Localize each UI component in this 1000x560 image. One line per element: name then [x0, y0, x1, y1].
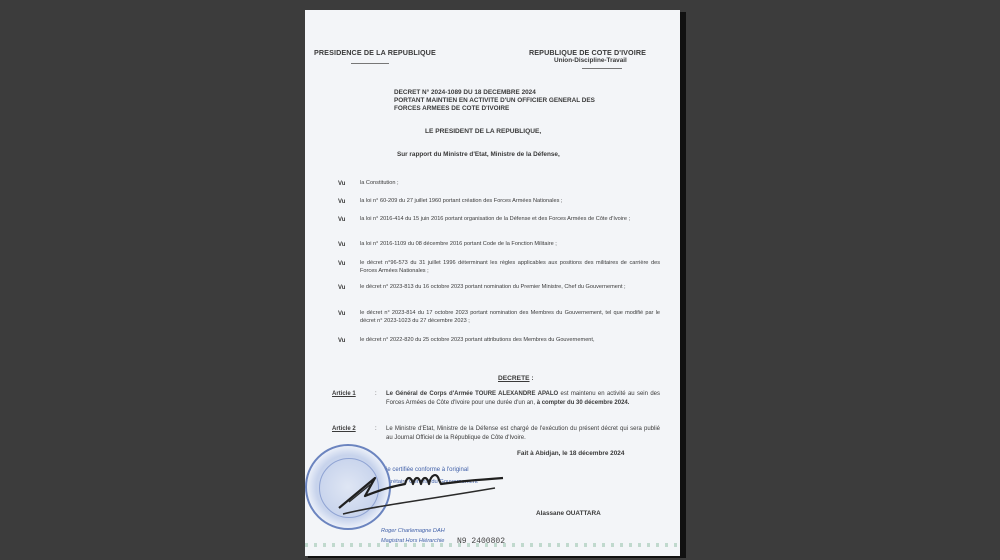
vu-label: Vu — [338, 217, 345, 223]
article-1-colon: : — [375, 391, 377, 397]
article-1-text: Le Général de Corps d'Armée TOURE ALEXAN… — [386, 390, 660, 407]
signatory-name: Alassane OUATTARA — [536, 510, 601, 517]
vu-label: Vu — [338, 199, 345, 205]
article-1-label: Article 1 — [332, 391, 356, 397]
place-and-date: Fait à Abidjan, le 18 décembre 2024 — [517, 450, 624, 457]
president-heading: LE PRESIDENT DE LA REPUBLIQUE, — [425, 128, 541, 135]
header-left-rule — [351, 63, 389, 64]
vu-item: la Constitution ; — [360, 180, 660, 188]
decree-page: PRESIDENCE DE LA REPUBLIQUE REPUBLIQUE D… — [305, 10, 680, 556]
vu-item: la loi n° 2016-414 du 15 juin 2016 porta… — [360, 216, 660, 224]
signature-icon — [335, 458, 505, 518]
article-2-text: Le Ministre d'Etat, Ministre de la Défen… — [386, 425, 660, 442]
national-motto: Union-Discipline-Travail — [554, 57, 627, 64]
vu-item: la loi n° 2016-1109 du 08 décembre 2016 … — [360, 241, 660, 249]
decrete-word: DECRETE — [498, 375, 530, 382]
article-2-colon: : — [375, 426, 377, 432]
vu-item: le décret n° 2023-814 du 17 octobre 2023… — [360, 310, 660, 325]
decree-title-line2: PORTANT MAINTIEN EN ACTIVITE D'UN OFFICI… — [394, 97, 595, 105]
vu-item: la loi n° 60-209 du 27 juillet 1960 port… — [360, 198, 660, 206]
header-right: REPUBLIQUE DE COTE D'IVOIRE — [529, 48, 646, 57]
perforation-marks — [305, 543, 680, 547]
decree-title-line1: DECRET N° 2024-1089 DU 18 DECEMBRE 2024 — [394, 89, 536, 97]
vu-label: Vu — [338, 261, 345, 267]
decrete-heading: DECRETE : — [498, 375, 534, 382]
vu-label: Vu — [338, 181, 345, 187]
vu-item: le décret n° 2023-813 du 16 octobre 2023… — [360, 284, 660, 292]
certifier-name: Roger Charlemagne DAH — [381, 528, 445, 534]
decree-title-line3: FORCES ARMEES DE COTE D'IVOIRE — [394, 105, 509, 113]
report-line: Sur rapport du Ministre d'Etat, Ministre… — [397, 151, 560, 158]
header-left: PRESIDENCE DE LA REPUBLIQUE — [314, 48, 436, 57]
vu-label: Vu — [338, 311, 345, 317]
vu-item: le décret n° 2022-820 du 25 octobre 2023… — [360, 337, 660, 345]
article-2-label: Article 2 — [332, 426, 356, 432]
vu-item: le décret n°96-573 du 31 juillet 1996 dé… — [360, 260, 660, 275]
vu-label: Vu — [338, 242, 345, 248]
vu-label: Vu — [338, 338, 345, 344]
article-1-effective-date: à compter du 30 décembre 2024. — [537, 400, 630, 406]
decrete-colon: : — [530, 375, 534, 382]
header-right-rule — [582, 68, 622, 69]
article-1-officer: Le Général de Corps d'Armée TOURE ALEXAN… — [386, 391, 558, 397]
vu-label: Vu — [338, 285, 345, 291]
